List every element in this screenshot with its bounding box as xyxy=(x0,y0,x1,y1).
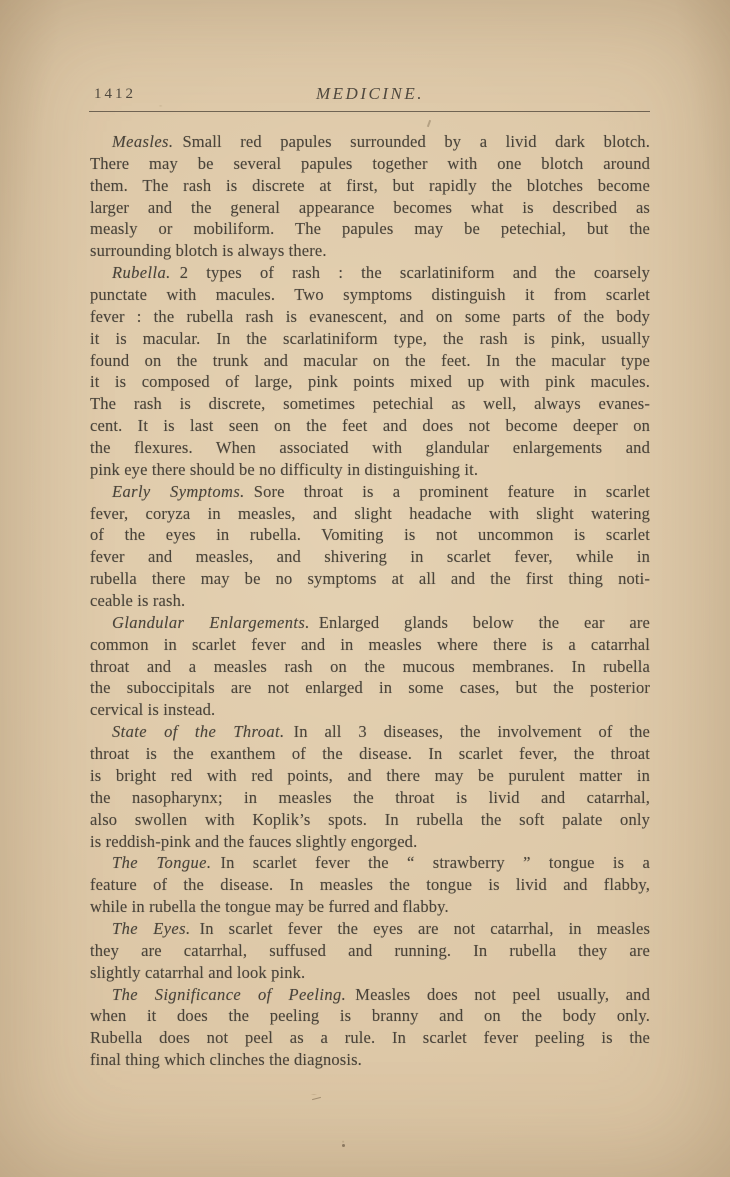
paragraph-lead: Early Symptoms. xyxy=(112,482,245,501)
text-run: Enlarged glands below the ear are xyxy=(319,613,650,632)
text-run: In all 3 diseases, the involvement of th… xyxy=(294,722,650,741)
text-line: There may be several papules together wi… xyxy=(90,153,650,175)
paragraph-significance-of-peeling: The Significance of Peeling.Measles does… xyxy=(90,984,650,1071)
text-line: feature of the disease. In measles the t… xyxy=(90,874,650,896)
text-line: the flexures. When associated with gland… xyxy=(90,437,650,459)
text-line: they are catarrhal, suffused and running… xyxy=(90,940,650,962)
text-line: The rash is discrete, sometimes petechia… xyxy=(90,393,650,415)
text-line: final thing which clinches the diagnosis… xyxy=(90,1049,650,1071)
text-line: Early Symptoms.Sore throat is a prominen… xyxy=(90,481,650,503)
header-rule xyxy=(89,111,650,112)
text-line: The Eyes.In scarlet fever the eyes are n… xyxy=(90,918,650,940)
page-header: 1412 MEDICINE. xyxy=(90,84,650,104)
text-line: common in scarlet fever and in measles w… xyxy=(90,634,650,656)
paragraph-lead: The Eyes. xyxy=(112,919,191,938)
text-line: slightly catarrhal and look pink. xyxy=(90,962,650,984)
paper-speck xyxy=(342,1144,345,1147)
text-line: larger and the general appearance become… xyxy=(90,197,650,219)
paragraph-lead: Measles. xyxy=(112,132,173,151)
text-line: The Significance of Peeling.Measles does… xyxy=(90,984,650,1006)
text-line: surrounding blotch is always there. xyxy=(90,240,650,262)
running-title: MEDICINE. xyxy=(90,84,650,104)
text-line: cervical is instead. xyxy=(90,699,650,721)
text-line: it is composed of large, pink points mix… xyxy=(90,371,650,393)
text-line: is reddish-pink and the fauces slightly … xyxy=(90,831,650,853)
text-line: the suboccipitals are not enlarged in so… xyxy=(90,677,650,699)
paragraph-lead: The Tongue. xyxy=(112,853,211,872)
text-run: Measles does not peel usually, and xyxy=(355,985,650,1004)
paragraph-rubella: Rubella.2 types of rash : the scarlatini… xyxy=(90,262,650,481)
text-line: cent. It is last seen on the feet and do… xyxy=(90,415,650,437)
paragraph-lead: Rubella. xyxy=(112,263,171,282)
paragraph-eyes: The Eyes.In scarlet fever the eyes are n… xyxy=(90,918,650,984)
text-line: ceable is rash. xyxy=(90,590,650,612)
text-line: while in rubella the tongue may be furre… xyxy=(90,896,650,918)
text-run: Sore throat is a prominent feature in sc… xyxy=(254,482,650,501)
text-line: Rubella does not peel as a rule. In scar… xyxy=(90,1027,650,1049)
text-line: punctate with macules. Two symptoms dist… xyxy=(90,284,650,306)
book-page-scan: 1412 MEDICINE. Measles.Small red papules… xyxy=(0,0,730,1177)
text-line: Measles.Small red papules surrounded by … xyxy=(90,131,650,153)
paragraph-lead: The Significance of Peeling. xyxy=(112,985,346,1004)
text-line: Glandular Enlargements.Enlarged glands b… xyxy=(90,612,650,634)
text-run: In scarlet fever the eyes are not catarr… xyxy=(200,919,650,938)
paragraph-measles: Measles.Small red papules surrounded by … xyxy=(90,131,650,262)
paper-fiber xyxy=(427,120,431,127)
text-run: 2 types of rash : the scarlatiniform and… xyxy=(180,263,650,282)
text-line: it is macular. In the scarlatiniform typ… xyxy=(90,328,650,350)
text-line: fever, coryza in measles, and slight hea… xyxy=(90,503,650,525)
paragraph-tongue: The Tongue.In scarlet fever the “ strawb… xyxy=(90,852,650,918)
text-line: pink eye there should be no difficulty i… xyxy=(90,459,650,481)
page-body: Measles.Small red papules surrounded by … xyxy=(90,131,650,1071)
text-line: State of the Throat.In all 3 diseases, t… xyxy=(90,721,650,743)
paragraph-lead: Glandular Enlargements. xyxy=(112,613,310,632)
text-line: also swollen with Koplik’s spots. In rub… xyxy=(90,809,650,831)
text-line: fever and measles, and shivering in scar… xyxy=(90,546,650,568)
paragraph-early-symptoms: Early Symptoms.Sore throat is a prominen… xyxy=(90,481,650,612)
text-line: when it does the peeling is branny and o… xyxy=(90,1005,650,1027)
paragraph-glandular-enlargements: Glandular Enlargements.Enlarged glands b… xyxy=(90,612,650,721)
text-line: throat and a measles rash on the mucous … xyxy=(90,656,650,678)
text-line: fever : the rubella rash is evanescent, … xyxy=(90,306,650,328)
text-run: In scarlet fever the “ strawberry ” tong… xyxy=(220,853,650,872)
text-line: is bright red with red points, and there… xyxy=(90,765,650,787)
text-run: Small red papules surrounded by a livid … xyxy=(182,132,650,151)
text-line: measly or mobiliform. The papules may be… xyxy=(90,218,650,240)
text-line: them. The rash is discrete at first, but… xyxy=(90,175,650,197)
paper-fiber xyxy=(312,1097,321,1100)
paragraph-state-of-throat: State of the Throat.In all 3 diseases, t… xyxy=(90,721,650,852)
text-line: throat is the exanthem of the disease. I… xyxy=(90,743,650,765)
text-line: The Tongue.In scarlet fever the “ strawb… xyxy=(90,852,650,874)
text-line: rubella there may be no symptoms at all … xyxy=(90,568,650,590)
text-line: Rubella.2 types of rash : the scarlatini… xyxy=(90,262,650,284)
text-line: the nasopharynx; in measles the throat i… xyxy=(90,787,650,809)
text-line: found on the trunk and macular on the fe… xyxy=(90,350,650,372)
text-line: of the eyes in rubella. Vomiting is not … xyxy=(90,524,650,546)
paragraph-lead: State of the Throat. xyxy=(112,722,285,741)
